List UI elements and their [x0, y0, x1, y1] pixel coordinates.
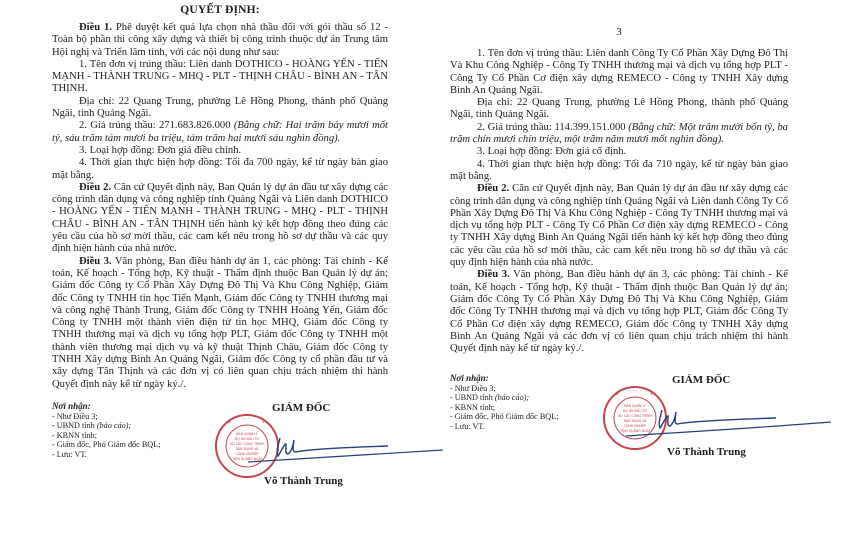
svg-text:★: ★ [262, 420, 265, 424]
contract-type: 3. Loại hợp đồng: Đơn giá cố định. [450, 146, 788, 158]
document-page-right: 3 1. Tên đơn vị trúng thầu: Liên danh Cô… [450, 0, 788, 544]
bidder-address: Địa chỉ: 22 Quang Trung, phường Lê Hồng … [450, 97, 788, 122]
svg-text:★: ★ [650, 392, 653, 396]
svg-text:★: ★ [228, 420, 231, 424]
article-2: Điều 2. Căn cứ Quyết định này, Ban Quản … [52, 182, 388, 256]
bidder-address: Địa chỉ: 22 Quang Trung, phường Lê Hồng … [52, 96, 388, 121]
winning-price: 2. Giá trúng thầu: 114.399.151.000 (Bằng… [450, 122, 788, 147]
page-number: 3 [450, 26, 788, 38]
recipients-list: Nơi nhận: - Như Điều 3; - UBND tỉnh (báo… [52, 402, 160, 460]
svg-text:• • •: • • • [630, 388, 637, 392]
decision-body-page-3: 1. Tên đơn vị trúng thầu: Liên danh Công… [450, 48, 788, 355]
document-page-left: QUYẾT ĐỊNH: Điều 1. Phê duyệt kết quả lự… [52, 0, 388, 544]
article-2: Điều 2. Căn cứ Quyết định này, Ban Quản … [450, 183, 788, 269]
article-1-label: Điều 1. [79, 22, 112, 33]
recipients-list: Nơi nhận: - Như Điều 3; - UBND tỉnh (báo… [450, 374, 558, 432]
signer-name: Võ Thành Trung [667, 446, 746, 458]
article-3: Điều 3. Văn phòng, Ban điều hành dự án 3… [450, 269, 788, 355]
contract-duration: 4. Thời gian thực hiện hợp đồng: Tối đa … [450, 159, 788, 184]
decision-title: QUYẾT ĐỊNH: [52, 4, 388, 16]
signer-title: GIÁM ĐỐC [272, 402, 330, 414]
decision-body: Điều 1. Phê duyệt kết quả lựa chọn nhà t… [52, 22, 388, 391]
svg-text:• • •: • • • [242, 416, 249, 420]
article-1: Điều 1. Phê duyệt kết quả lựa chọn nhà t… [52, 22, 388, 59]
contract-type: 3. Loại hợp đồng: Đơn giá điều chỉnh. [52, 145, 388, 157]
winning-price: 2. Giá trúng thầu: 271.683.826.000 (Bằng… [52, 120, 388, 145]
signer-name: Võ Thành Trung [264, 475, 343, 487]
svg-text:★: ★ [616, 392, 619, 396]
winning-bidder: 1. Tên đơn vị trúng thầu: Liên danh DOTH… [52, 59, 388, 96]
contract-duration: 4. Thời gian thực hiện hợp đồng: Tối đa … [52, 157, 388, 182]
article-3: Điều 3. Văn phòng, Ban điều hành dự án 1… [52, 256, 388, 391]
signer-title: GIÁM ĐỐC [672, 374, 730, 386]
signature-icon [626, 402, 836, 442]
signature-icon [248, 430, 448, 470]
winning-bidder: 1. Tên đơn vị trúng thầu: Liên danh Công… [450, 48, 788, 97]
